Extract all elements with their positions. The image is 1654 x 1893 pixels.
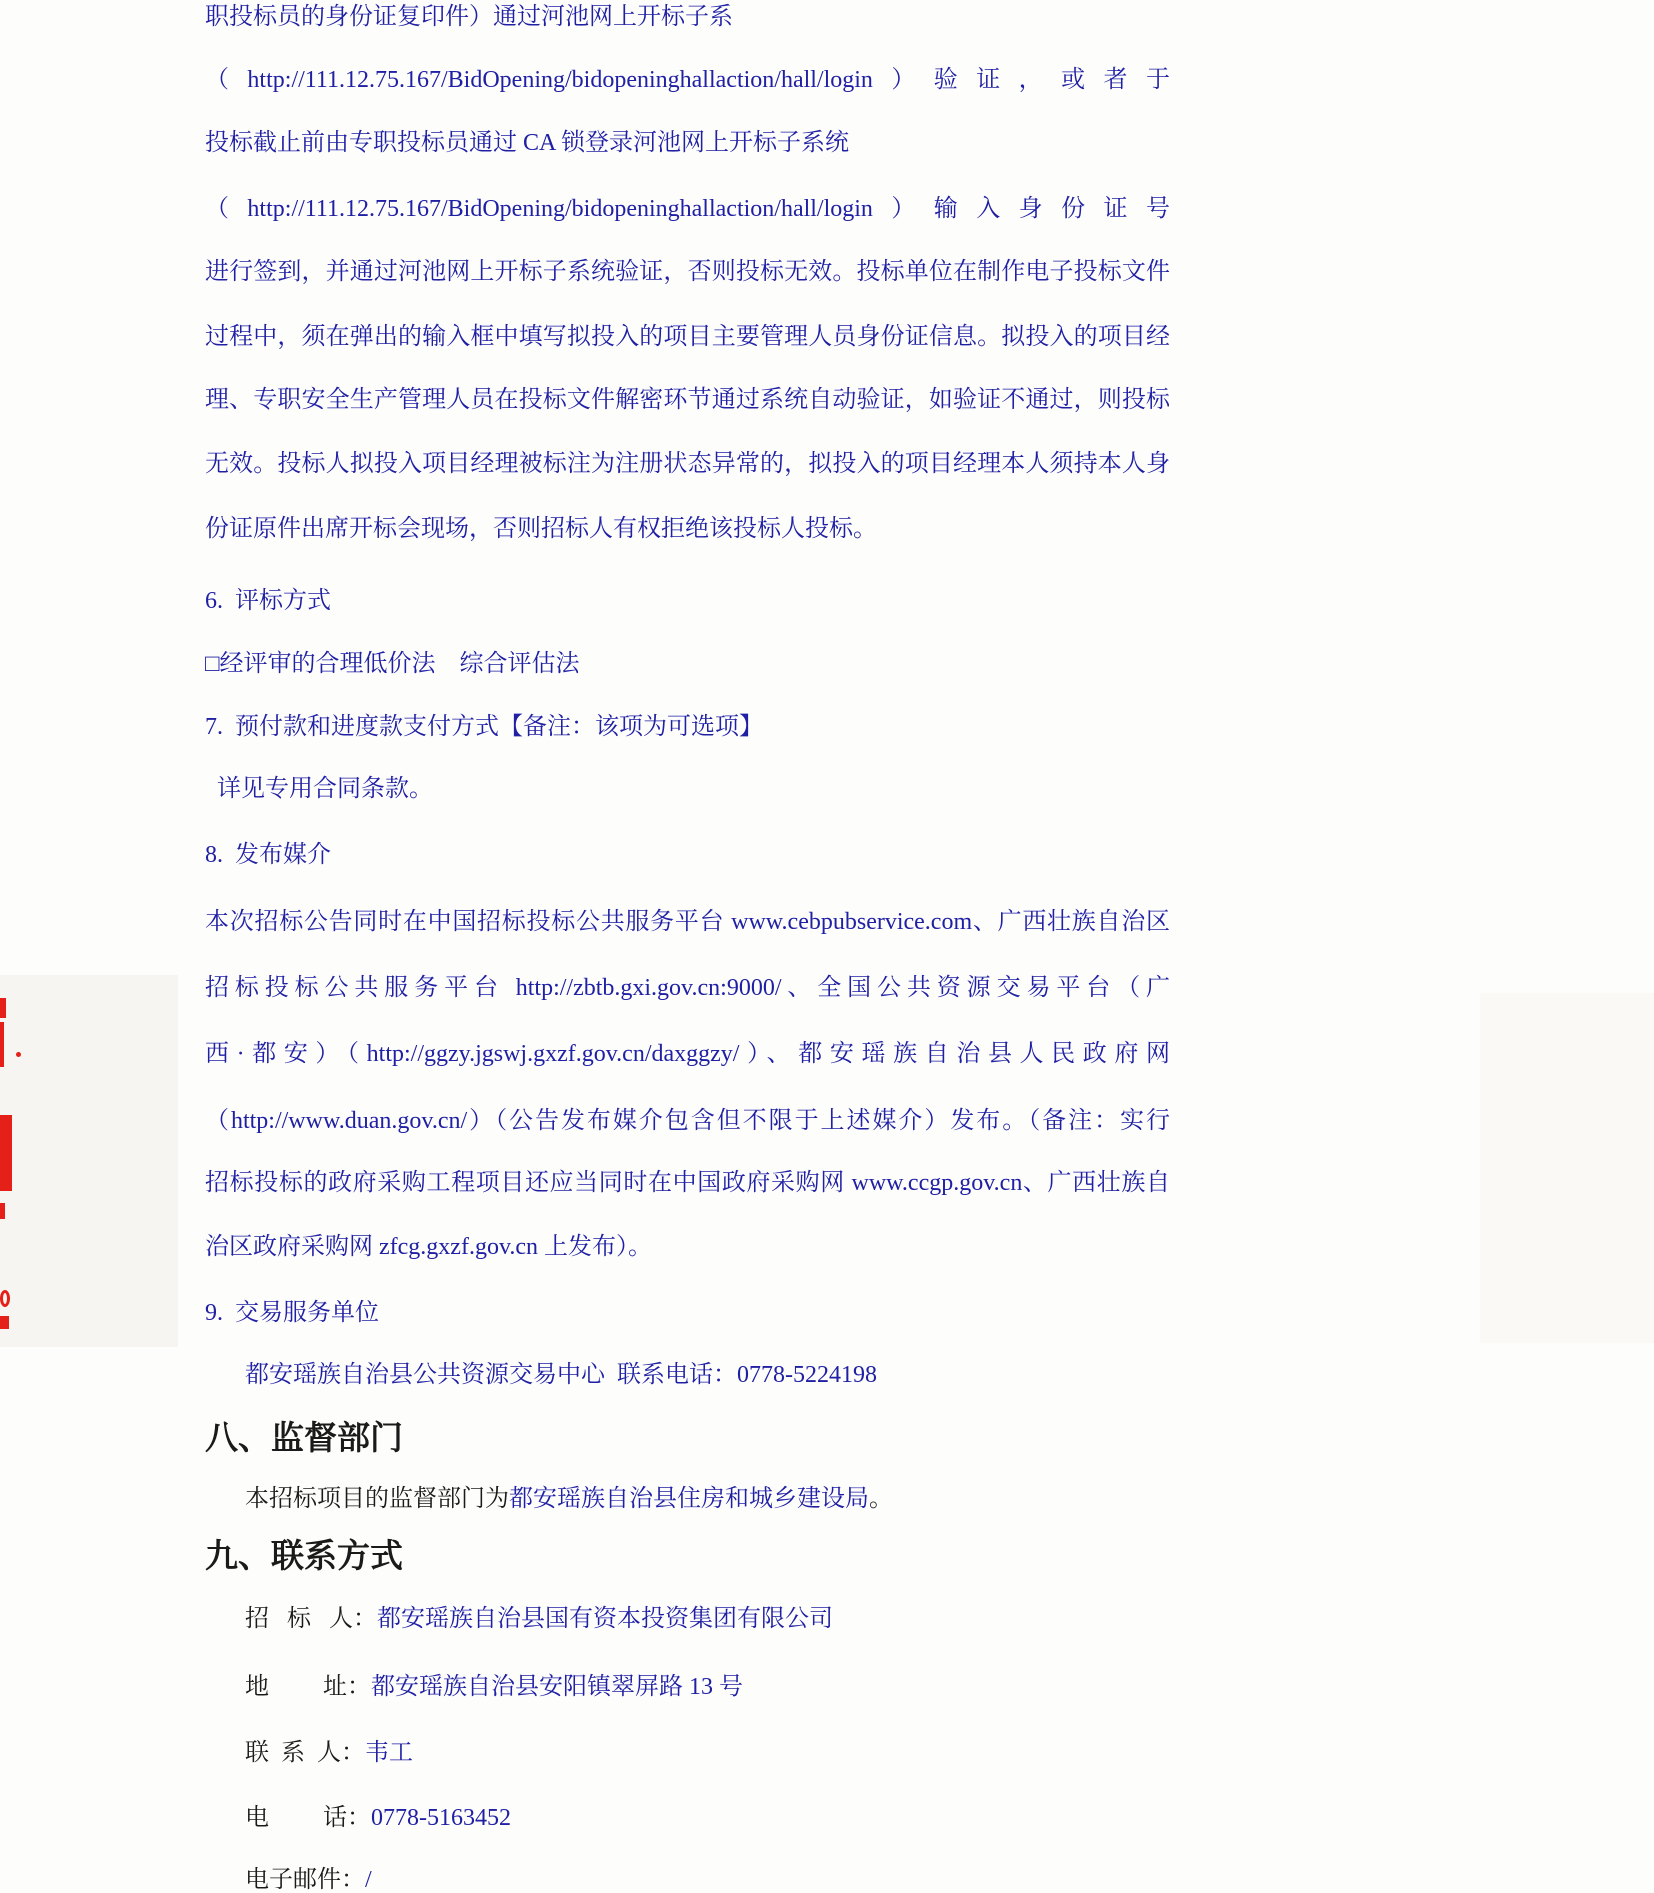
item-8-publication-media: 8. 发布媒介 bbox=[205, 838, 1170, 872]
scanned-tender-document-page: 职投标员的身份证复印件）通过河池网上开标子系 （http://111.12.75… bbox=[0, 0, 1654, 1893]
contact-row-tenderer: 招 标 人：都安瑶族自治县国有资本投资集团有限公司 bbox=[205, 1602, 1170, 1636]
doc-line-url: 招标投标公共服务平台 http://zbtb.gxi.gov.cn:9000/、… bbox=[205, 971, 1170, 1005]
seal-fragment bbox=[0, 1022, 4, 1067]
contact-value: 韦工 bbox=[365, 1740, 413, 1766]
contact-label: 地 址： bbox=[245, 1674, 371, 1700]
contact-label: 电子邮件： bbox=[245, 1867, 365, 1893]
contact-label: 联 系 人： bbox=[245, 1740, 365, 1766]
contact-row-email: 电子邮件：/ bbox=[205, 1863, 1170, 1893]
contact-row-address: 地 址：都安瑶族自治县安阳镇翠屏路 13 号 bbox=[205, 1670, 1170, 1704]
scan-artifact-right bbox=[1480, 993, 1654, 1343]
item-9-trading-service-unit: 9. 交易服务单位 bbox=[205, 1296, 1170, 1330]
supervision-suffix: 。 bbox=[869, 1486, 893, 1512]
contact-label: 电 话： bbox=[245, 1805, 371, 1831]
contact-row-phone: 电 话：0778-5163452 bbox=[205, 1801, 1170, 1835]
contact-label: 招 标 人： bbox=[245, 1606, 377, 1632]
doc-line-url: （http://111.12.75.167/BidOpening/bidopen… bbox=[205, 63, 1170, 97]
evaluation-options-text: 经评审的合理低价法 综合评估法 bbox=[220, 651, 580, 677]
seal-fragment bbox=[16, 1052, 21, 1057]
doc-line: 治区政府采购网 zfcg.gxzf.gov.cn 上发布）。 bbox=[205, 1230, 1170, 1264]
contact-value: 0778-5163452 bbox=[371, 1805, 511, 1831]
doc-line: 进行签到，并通过河池网上开标子系统验证，否则投标无效。投标单位在制作电子投标文件 bbox=[205, 255, 1170, 289]
section-heading-contact: 九、联系方式 bbox=[205, 1536, 403, 1576]
item-7-payment-method: 7. 预付款和进度款支付方式【备注：该项为可选项】 bbox=[205, 710, 1170, 744]
doc-line: 投标截止前由专职投标员通过 CA 锁登录河池网上开标子系统 bbox=[205, 126, 1170, 160]
supervision-sentence: 本招标项目的监督部门为都安瑶族自治县住房和城乡建设局。 bbox=[205, 1482, 1170, 1516]
doc-line-url: （http://111.12.75.167/BidOpening/bidopen… bbox=[205, 192, 1170, 226]
doc-line: 份证原件出席开标会现场，否则招标人有权拒绝该投标人投标。 bbox=[205, 512, 1170, 546]
doc-line: 本次招标公告同时在中国招标投标公共服务平台 www.cebpubservice.… bbox=[205, 905, 1170, 939]
seal-fragment bbox=[0, 998, 6, 1018]
seal-fragment bbox=[0, 1203, 5, 1219]
seal-fragment bbox=[0, 1290, 10, 1307]
scan-artifact-left bbox=[0, 975, 178, 1347]
section-heading-supervision: 八、监督部门 bbox=[205, 1418, 403, 1458]
supervision-prefix: 本招标项目的监督部门为 bbox=[245, 1486, 509, 1512]
doc-line: 过程中，须在弹出的输入框中填写拟投入的项目主要管理人员身份证信息。拟投入的项目经 bbox=[205, 320, 1170, 354]
item-6-evaluation-method: 6. 评标方式 bbox=[205, 584, 1170, 618]
seal-fragment bbox=[0, 1115, 12, 1191]
doc-line: 理、专职安全生产管理人员在投标文件解密环节通过系统自动验证，如验证不通过，则投标 bbox=[205, 383, 1170, 417]
doc-line: 详见专用合同条款。 bbox=[205, 772, 1170, 806]
contact-value: 都安瑶族自治县安阳镇翠屏路 13 号 bbox=[371, 1674, 743, 1700]
contact-row-person: 联 系 人：韦工 bbox=[205, 1736, 1170, 1770]
seal-fragment bbox=[0, 1316, 9, 1329]
doc-line: 无效。投标人拟投入项目经理被标注为注册状态异常的，拟投入的项目经理本人须持本人身 bbox=[205, 447, 1170, 481]
contact-value: / bbox=[365, 1867, 372, 1893]
doc-line-url: 西·都安）（http://ggzy.jgswj.gxzf.gov.cn/daxg… bbox=[205, 1037, 1170, 1071]
trading-service-contact-line: 都安瑶族自治县公共资源交易中心 联系电话：0778-5224198 bbox=[205, 1358, 1170, 1392]
supervision-org: 都安瑶族自治县住房和城乡建设局 bbox=[509, 1486, 869, 1512]
doc-line: 招标投标的政府采购工程项目还应当同时在中国政府采购网 www.ccgp.gov.… bbox=[205, 1166, 1170, 1200]
contact-value: 都安瑶族自治县国有资本投资集团有限公司 bbox=[377, 1606, 833, 1632]
checkbox-icon: □ bbox=[205, 651, 220, 677]
doc-line-url: （http://www.duan.gov.cn/）（公告发布媒介包含但不限于上述… bbox=[205, 1104, 1170, 1138]
doc-line: 职投标员的身份证复印件）通过河池网上开标子系 bbox=[205, 0, 1170, 34]
evaluation-options-line: □经评审的合理低价法 综合评估法 bbox=[205, 647, 1170, 681]
